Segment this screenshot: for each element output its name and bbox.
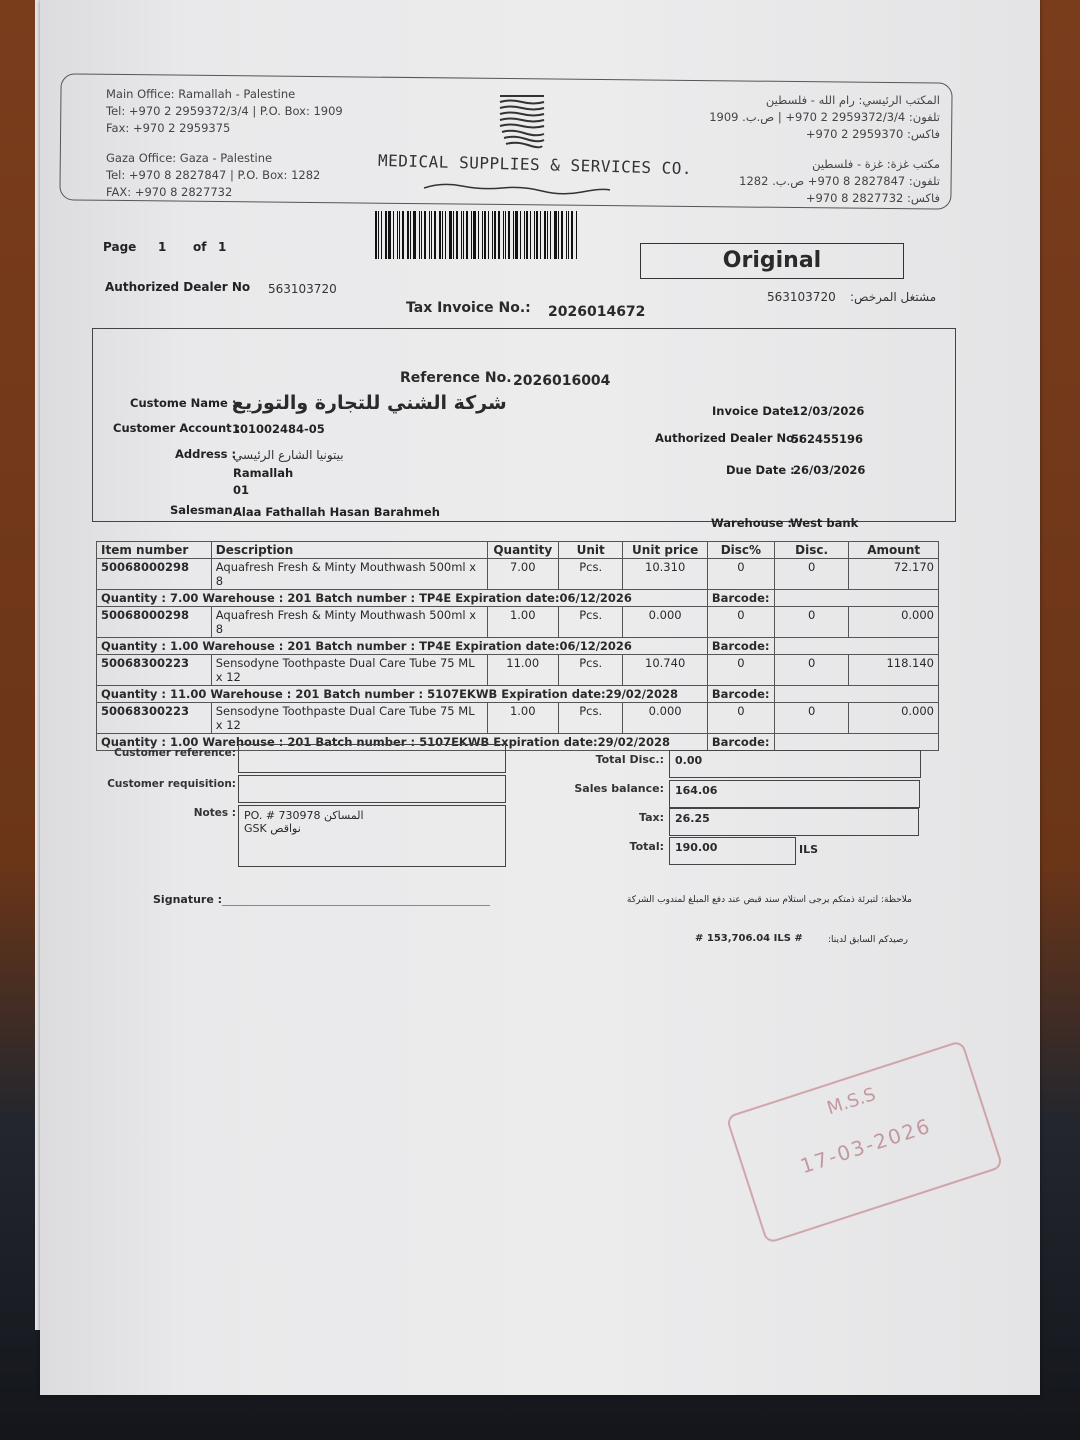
unit-cell: Pcs.	[558, 703, 622, 734]
unit-cell: Pcs.	[558, 607, 622, 638]
unit-price-cell: 10.310	[623, 559, 708, 590]
amount-cell: 0.000	[849, 607, 939, 638]
payment-note-arabic: ملاحظة: لتبرئة ذمتكم يرجى استلام سند قبض…	[600, 895, 912, 905]
item-number-cell: 50068300223	[97, 703, 212, 734]
description-cell: Sensodyne Toothpaste Dual Care Tube 75 M…	[211, 655, 487, 686]
disc-pct-cell: 0	[707, 607, 774, 638]
col-description: Description	[211, 542, 487, 559]
barcode-value	[774, 734, 938, 751]
disc-cell: 0	[774, 559, 848, 590]
col-quantity: Quantity	[487, 542, 558, 559]
unit-price-cell: 10.740	[623, 655, 708, 686]
quantity-cell: 7.00	[487, 559, 558, 590]
company-signature-flourish	[422, 180, 612, 200]
description-cell: Aquafresh Fresh & Minty Mouthwash 500ml …	[211, 559, 487, 590]
unit-price-cell: 0.000	[623, 607, 708, 638]
unit-cell: Pcs.	[558, 655, 622, 686]
page-total: 1	[218, 240, 226, 254]
barcode-value	[774, 686, 938, 703]
previous-balance-label: رصيدكم السابق لدينا:	[828, 935, 908, 945]
sales-balance-label: Sales balance:	[560, 782, 664, 795]
salesman-label: Salesman :	[170, 503, 241, 517]
total-label: Total:	[600, 840, 664, 853]
stamp-date: 17-03-2026	[746, 1097, 986, 1196]
col-amount: Amount	[849, 542, 939, 559]
quantity-cell: 11.00	[487, 655, 558, 686]
table-row: 50068000298Aquafresh Fresh & Minty Mouth…	[97, 607, 939, 638]
col-unit: Unit	[558, 542, 622, 559]
authorized-dealer-label: Authorized Dealer No	[105, 280, 250, 294]
address-line-1: بيتونيا الشارع الرئيسي	[233, 448, 344, 462]
barcode-label: Barcode:	[707, 686, 774, 703]
unit-price-cell: 0.000	[623, 703, 708, 734]
customer-requisition-field	[238, 775, 506, 803]
arabic-gaza-office-tel: تلفون: 2827847 8 970+ ص.ب. 1282	[700, 173, 940, 190]
reference-number: 2026016004	[513, 373, 610, 389]
description-cell: Aquafresh Fresh & Minty Mouthwash 500ml …	[211, 607, 487, 638]
total-disc-field: 0.00	[669, 750, 921, 778]
customer-name-value: شركة الشني للتجارة والتوزيع	[232, 392, 507, 414]
batch-detail-row: Quantity : 1.00 Warehouse : 201 Batch nu…	[97, 638, 939, 655]
amount-cell: 0.000	[849, 703, 939, 734]
disc-pct-cell: 0	[707, 559, 774, 590]
col-item-number: Item number	[97, 542, 212, 559]
gaza-office-title: Gaza Office: Gaza - Palestine	[106, 150, 320, 167]
customer-requisition-label: Customer requisition:	[100, 778, 236, 790]
arabic-main-office-block: المكتب الرئيسي: رام الله - فلسطين تلفون:…	[700, 92, 940, 143]
salesman-value: Alaa Fathallah Hasan Barahmeh	[233, 505, 440, 519]
previous-balance-value: # 153,706.04 ILS #	[695, 933, 803, 944]
batch-detail: Quantity : 1.00 Warehouse : 201 Batch nu…	[97, 638, 708, 655]
tax-invoice-number: 2026014672	[548, 304, 645, 320]
notes-field: PO. # 730978 المساكن GSK نواقص	[238, 805, 506, 867]
barcode-value	[774, 638, 938, 655]
notes-line-1: PO. # 730978 المساكن	[244, 809, 500, 822]
main-office-block: Main Office: Ramallah - Palestine Tel: +…	[106, 86, 343, 137]
item-number-cell: 50068300223	[97, 655, 212, 686]
arabic-gaza-office-fax: فاكس: 2827732 8 970+	[700, 190, 940, 207]
page-label: Page	[103, 240, 136, 254]
table-row: 50068300223Sensodyne Toothpaste Dual Car…	[97, 703, 939, 734]
invoice-date-label: Invoice Date:	[712, 404, 798, 418]
signature-label: Signature :	[153, 893, 222, 906]
main-office-fax: Fax: +970 2 2959375	[106, 120, 343, 137]
signature-line	[222, 905, 490, 906]
table-header-row: Item number Description Quantity Unit Un…	[97, 542, 939, 559]
unit-cell: Pcs.	[558, 559, 622, 590]
arabic-main-office-title: المكتب الرئيسي: رام الله - فلسطين	[700, 92, 940, 109]
authorized-dealer-value: 563103720	[268, 282, 337, 296]
currency-label: ILS	[799, 843, 818, 856]
disc-cell: 0	[774, 607, 848, 638]
amount-cell: 118.140	[849, 655, 939, 686]
copy-type-badge: Original	[640, 243, 904, 279]
warehouse-label: Warehouse :	[711, 516, 792, 530]
barcode-label: Barcode:	[707, 638, 774, 655]
amount-cell: 72.170	[849, 559, 939, 590]
batch-detail-row: Quantity : 7.00 Warehouse : 201 Batch nu…	[97, 590, 939, 607]
disc-pct-cell: 0	[707, 655, 774, 686]
total-disc-label: Total Disc.:	[570, 753, 664, 766]
quantity-cell: 1.00	[487, 607, 558, 638]
authorized-dealer-arabic-label: مشتغل المرخص:	[850, 290, 936, 304]
notes-line-2: GSK نواقص	[244, 822, 500, 835]
tax-invoice-label: Tax Invoice No.:	[406, 300, 531, 316]
batch-detail-row: Quantity : 11.00 Warehouse : 201 Batch n…	[97, 686, 939, 703]
item-number-cell: 50068000298	[97, 559, 212, 590]
address-label: Address :	[175, 447, 236, 461]
reference-label: Reference No.	[400, 370, 512, 386]
main-office-tel: Tel: +970 2 2959372/3/4 | P.O. Box: 1909	[106, 103, 343, 120]
invoice-barcode	[375, 211, 578, 259]
page-of-label: of	[193, 240, 206, 254]
customer-dealer-value: 562455196	[791, 432, 863, 446]
description-cell: Sensodyne Toothpaste Dual Care Tube 75 M…	[211, 703, 487, 734]
table-row: 50068000298Aquafresh Fresh & Minty Mouth…	[97, 559, 939, 590]
disc-pct-cell: 0	[707, 703, 774, 734]
customer-name-label: Custome Name :	[130, 396, 236, 410]
authorized-dealer-arabic-value: 563103720	[767, 290, 836, 304]
batch-detail: Quantity : 7.00 Warehouse : 201 Batch nu…	[97, 590, 708, 607]
batch-detail: Quantity : 11.00 Warehouse : 201 Batch n…	[97, 686, 708, 703]
address-line-3: 01	[233, 483, 249, 497]
customer-reference-field	[238, 744, 506, 773]
total-field: 190.00	[669, 837, 796, 865]
notes-label: Notes :	[150, 807, 236, 819]
tax-label: Tax:	[600, 811, 664, 824]
company-logo-icon	[498, 92, 546, 158]
arabic-main-office-tel: تلفون: 2959372/3/4 2 970+ | ص.ب. 1909	[700, 109, 940, 126]
barcode-label: Barcode:	[707, 734, 774, 751]
quantity-cell: 1.00	[487, 703, 558, 734]
arabic-gaza-office-block: مكتب غزة: غزة - فلسطين تلفون: 2827847 8 …	[700, 156, 940, 207]
arabic-main-office-fax: فاكس: 2959370 2 970+	[700, 126, 940, 143]
gaza-office-block: Gaza Office: Gaza - Palestine Tel: +970 …	[106, 150, 320, 201]
due-date-label: Due Date :	[726, 463, 795, 477]
customer-reference-label: Customer reference:	[110, 747, 236, 759]
disc-cell: 0	[774, 655, 848, 686]
page-number: 1	[158, 240, 166, 254]
table-row: 50068300223Sensodyne Toothpaste Dual Car…	[97, 655, 939, 686]
invoice-date-value: 12/03/2026	[792, 404, 864, 418]
barcode-label: Barcode:	[707, 590, 774, 607]
customer-dealer-label: Authorized Dealer No.:	[655, 431, 803, 445]
col-disc: Disc.	[774, 542, 848, 559]
tax-field: 26.25	[669, 808, 919, 836]
disc-cell: 0	[774, 703, 848, 734]
gaza-office-tel: Tel: +970 8 2827847 | P.O. Box: 1282	[106, 167, 320, 184]
customer-account-label: Customer Account :	[113, 421, 240, 435]
sales-balance-field: 164.06	[669, 780, 920, 808]
col-disc-pct: Disc%	[707, 542, 774, 559]
col-unit-price: Unit price	[623, 542, 708, 559]
gaza-office-fax: FAX: +970 8 2827732	[106, 184, 320, 201]
due-date-value: 26/03/2026	[793, 463, 865, 477]
items-table: Item number Description Quantity Unit Un…	[96, 541, 939, 751]
warehouse-value: West bank	[790, 516, 858, 530]
item-number-cell: 50068000298	[97, 607, 212, 638]
customer-account-value: 101002484-05	[232, 422, 325, 436]
arabic-gaza-office-title: مكتب غزة: غزة - فلسطين	[700, 156, 940, 173]
main-office-title: Main Office: Ramallah - Palestine	[106, 86, 343, 103]
address-line-2: Ramallah	[233, 466, 293, 480]
barcode-value	[774, 590, 938, 607]
